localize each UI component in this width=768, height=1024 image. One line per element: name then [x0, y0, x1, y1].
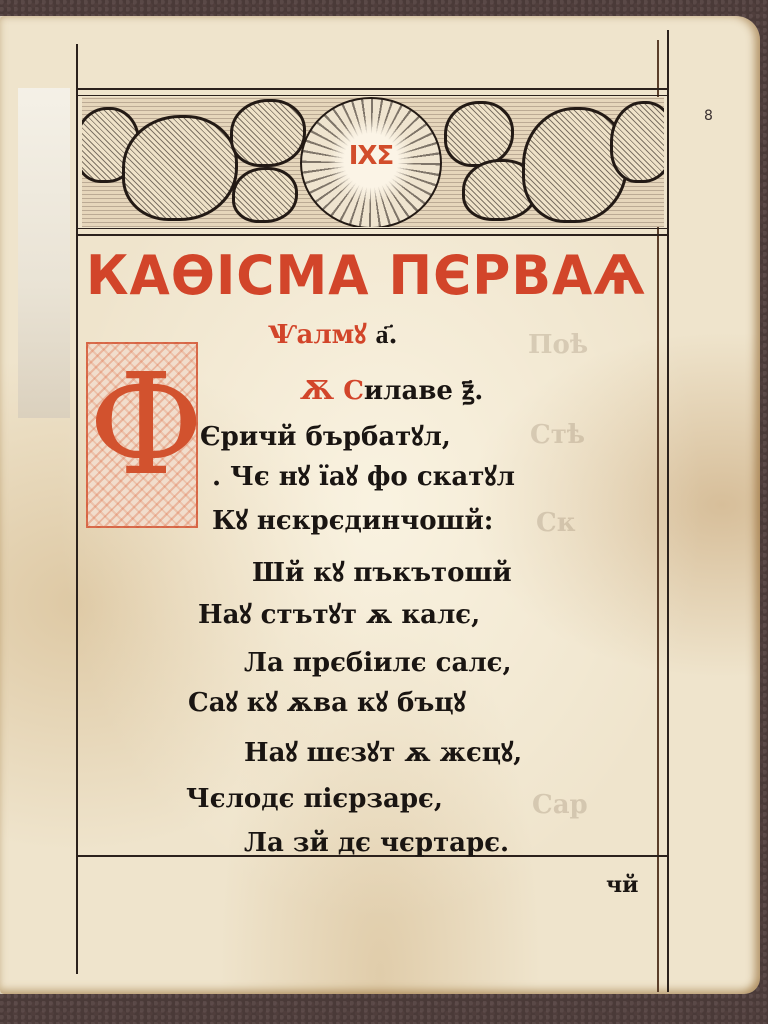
verse-line: Ла зй дє чєртарє. [244, 830, 509, 856]
page-title: КАѲІСМА ПЄРВАѦ [86, 249, 676, 304]
bleed-through-text: Поѣ [528, 330, 588, 360]
verse-line: . Чє нꙋ їаꙋ фо скатꙋл [212, 464, 515, 490]
bleed-through-text: Сар [532, 790, 588, 820]
psalm-label: Ѱалмꙋ [268, 320, 366, 350]
flower-icon [444, 101, 514, 167]
headpiece-top-rule [78, 88, 668, 90]
verse-line: Саꙋ кꙋ ѫва кꙋ бъцꙋ [188, 690, 466, 716]
meter-text: илаве [364, 376, 453, 406]
headpiece-bottom-rule [78, 234, 668, 236]
torn-paper-patch [18, 88, 70, 418]
flower-icon [230, 99, 306, 167]
floral-headpiece-ornament: IXΣ [82, 97, 664, 227]
flower-icon [122, 115, 238, 221]
verse-line: Єричй бърбатꙋл, [200, 424, 451, 450]
leaf-icon [232, 167, 298, 223]
right-margin-rule-outer [667, 30, 669, 992]
verse-line: Наꙋ стътꙋт ѫ калє, [198, 602, 480, 628]
bleed-through-text: Стѣ [530, 420, 585, 450]
bleed-through-text: Ск [536, 508, 575, 538]
ihs-monogram: IXΣ [302, 141, 440, 171]
meter-number: ꙃ҃. [462, 376, 483, 406]
decorated-initial: Ф [86, 342, 198, 528]
flower-icon [610, 101, 664, 183]
verse-line: Ла прєбіилє салє, [244, 650, 512, 676]
meter-red-letter: С [343, 376, 364, 406]
verse-line: Наꙋ шєзꙋт ѫ жєцꙋ, [244, 740, 522, 766]
psalm-heading: Ѱалмꙋ а҃. [268, 322, 398, 348]
headpiece-bottom-rule-thin [78, 228, 668, 229]
initial-letter: Ф [88, 356, 196, 496]
meter-heading: Ѫ Силаве ꙃ҃. [300, 378, 483, 404]
verse-line: Шй кꙋ пъкътошй [252, 560, 512, 586]
headpiece-top-rule-thin [78, 95, 668, 96]
catchword: чй [606, 872, 638, 898]
psalm-number: а҃. [376, 320, 398, 350]
monogram-medallion: IXΣ [300, 97, 442, 227]
verse-line: Чєлодє пієрзарє, [186, 786, 443, 812]
verse-line: Кꙋ нєкрєдинчошй: [212, 508, 493, 534]
meter-prefix: Ѫ [300, 376, 334, 406]
left-margin-rule [76, 44, 78, 974]
folio-number: 8 [704, 108, 713, 124]
